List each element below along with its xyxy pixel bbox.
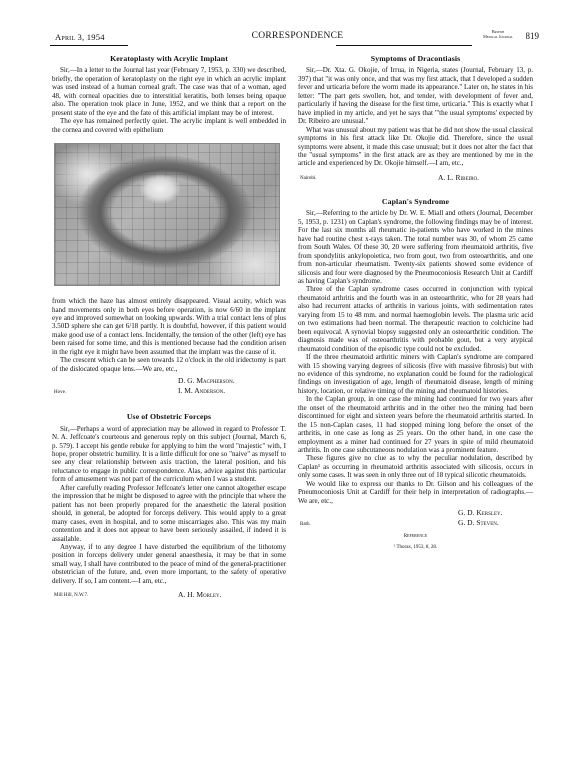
signatory: A. L. Ribeiro. bbox=[438, 174, 479, 182]
article-paragraph: Sir,—Perhaps a word of appreciation may … bbox=[52, 425, 286, 484]
article-paragraph: Sir,—Referring to the article by Dr. W. … bbox=[298, 209, 533, 285]
signature-block: A. H. Morley. Mill Hill, N.W.7. bbox=[52, 589, 286, 603]
signatory: G. D. Steven. bbox=[458, 519, 499, 527]
article-paragraph: Anyway, if to any degree I have disturbe… bbox=[52, 543, 286, 585]
article-title: Caplan's Syndrome bbox=[298, 198, 533, 206]
section-title: CORRESPONDENCE bbox=[50, 31, 545, 41]
article-paragraph: If the three rheumatoid arthritic miners… bbox=[298, 353, 533, 395]
running-head: April 3, 1954 CORRESPONDENCE British Med… bbox=[50, 29, 545, 45]
signatory-location: Bath. bbox=[300, 521, 311, 529]
page-number: 819 bbox=[526, 31, 540, 41]
article-paragraph: These figures give no clue as to why the… bbox=[298, 454, 533, 479]
article-paragraph: What was unusual about my patient was th… bbox=[298, 126, 533, 168]
article-paragraph: Sir,—Dr. Xta. G. Okojie, of Irrua, in Ni… bbox=[298, 66, 533, 125]
signature-block: A. L. Ribeiro. Nairobi. bbox=[298, 172, 533, 186]
journal-name: British Medical Journal bbox=[483, 30, 513, 40]
article-paragraph: After carefully reading Professor Jeffco… bbox=[52, 484, 286, 543]
signatory: I. M. Anderson. bbox=[178, 387, 225, 395]
header-rule-left bbox=[50, 45, 128, 46]
article-paragraph: In the Caplan group, in one case the min… bbox=[298, 395, 533, 454]
signatory-location: Hove. bbox=[54, 389, 66, 397]
article-title: Use of Obstetric Forceps bbox=[52, 413, 286, 421]
left-column: Keratoplasty with Acrylic Implant Sir,—I… bbox=[52, 55, 286, 603]
article-paragraph: We would like to express our thanks to D… bbox=[298, 480, 533, 505]
signatory: A. H. Morley. bbox=[178, 591, 222, 599]
references-heading: Reference bbox=[298, 533, 533, 541]
header-rule-right bbox=[336, 45, 472, 46]
signatory: G. D. Kersley. bbox=[458, 509, 503, 517]
journal-page: April 3, 1954 CORRESPONDENCE British Med… bbox=[50, 0, 550, 780]
journal-name-line2: Medical Journal bbox=[483, 34, 513, 39]
signature-block: G. D. Kersley. G. D. Steven. Bath. bbox=[298, 509, 533, 531]
right-column: Symptoms of Dracontiasis Sir,—Dr. Xta. G… bbox=[298, 55, 533, 552]
reference-item: ¹ Thorax, 1953, 8, 28. bbox=[298, 544, 533, 552]
article-paragraph: Sir,—In a letter to the Journal last yea… bbox=[52, 66, 286, 117]
signatory-location: Mill Hill, N.W.7. bbox=[54, 592, 88, 600]
signatory-location: Nairobi. bbox=[300, 175, 317, 183]
article-paragraph: Three of the Caplan syndrome cases occur… bbox=[298, 285, 533, 353]
article-title: Keratoplasty with Acrylic Implant bbox=[52, 55, 286, 63]
article-title: Symptoms of Dracontiasis bbox=[298, 55, 533, 63]
article-paragraph: from which the haze has almost entirely … bbox=[52, 297, 286, 356]
article-paragraph: The eye has remained perfectly quiet. Th… bbox=[52, 117, 286, 134]
signatory: D. G. Macpherson. bbox=[178, 377, 235, 385]
signature-block: D. G. Macpherson. I. M. Anderson. Hove. bbox=[52, 377, 286, 401]
article-paragraph: The crescent which can be seen towards 1… bbox=[52, 356, 286, 373]
eye-photograph bbox=[54, 143, 280, 286]
